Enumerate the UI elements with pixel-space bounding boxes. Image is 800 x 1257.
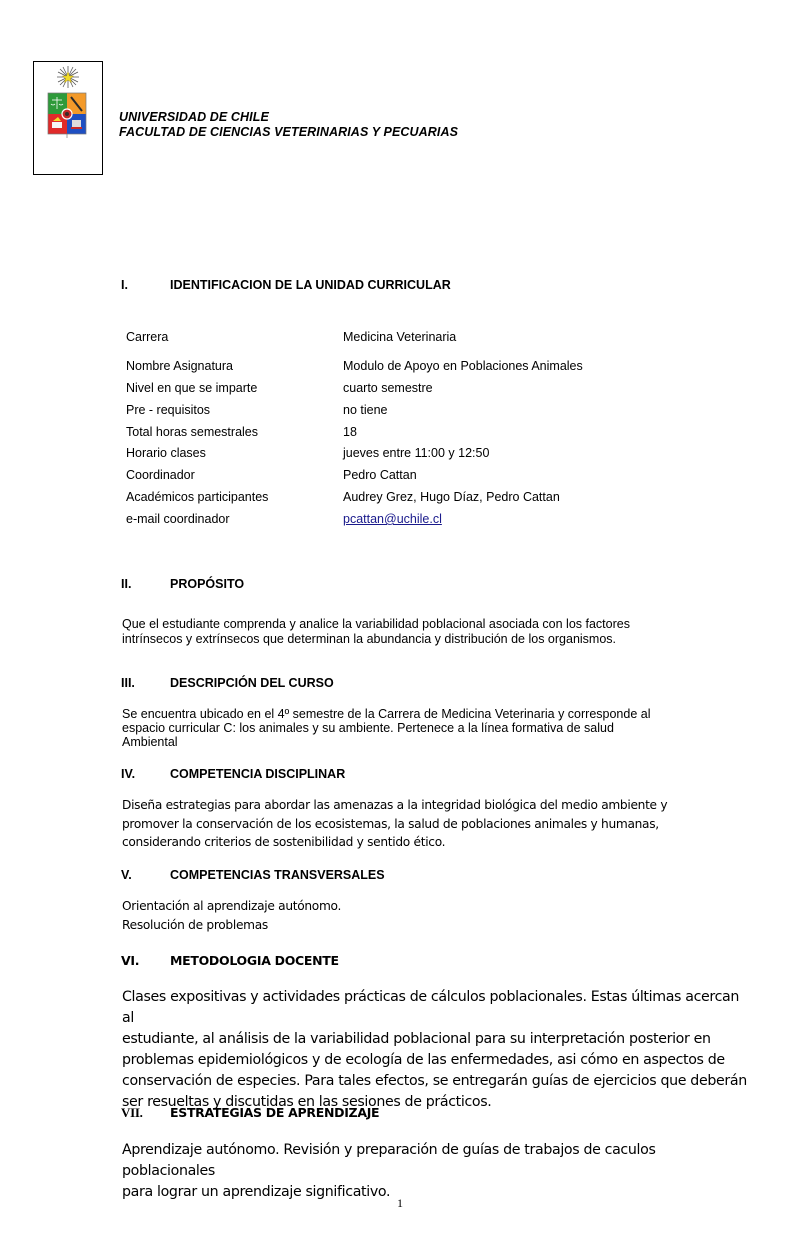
section-number: IV. <box>121 767 135 781</box>
text-line: Que el estudiante comprenda y analice la… <box>122 617 742 632</box>
section-title: COMPETENCIAS TRANSVERSALES <box>170 868 385 882</box>
section-number: I. <box>121 278 128 292</box>
section-title: COMPETENCIA DISCIPLINAR <box>170 767 345 781</box>
row-value: Medicina Veterinaria <box>343 330 456 344</box>
section-heading-descripcion: III. DESCRIPCIÓN DEL CURSO <box>0 676 800 692</box>
section-heading-identificacion: I. IDENTIFICACION DE LA UNIDAD CURRICULA… <box>0 278 800 294</box>
coat-of-arms-icon <box>34 62 104 176</box>
section-number: VII. <box>121 1105 143 1121</box>
section-number: II. <box>121 577 131 591</box>
row-label: Total horas semestrales <box>126 425 258 439</box>
row-value: 18 <box>343 425 357 439</box>
section-heading-metodologia: VI. METODOLOGIA DOCENTE <box>0 953 800 969</box>
text-line: considerando criterios de sostenibilidad… <box>122 833 742 852</box>
section-title: PROPÓSITO <box>170 577 244 591</box>
row-label: Carrera <box>126 330 168 344</box>
row-value: no tiene <box>343 403 387 417</box>
faculty-name: FACULTAD DE CIENCIAS VETERINARIAS Y PECU… <box>119 125 458 139</box>
section-number: VI. <box>121 953 139 968</box>
section-heading-competencia-disciplinar: IV. COMPETENCIA DISCIPLINAR <box>0 767 800 783</box>
row-label: Académicos participantes <box>126 490 268 504</box>
section-heading-estrategias: VII. ESTRATEGIAS DE APRENDIZAJE <box>0 1105 800 1121</box>
text-line: Diseña estrategias para abordar las amen… <box>122 796 742 815</box>
competencias-transversales-text: Orientación al aprendizaje autónomo. Res… <box>122 897 742 934</box>
text-line: Clases expositivas y actividades práctic… <box>122 987 752 1029</box>
row-value: Audrey Grez, Hugo Díaz, Pedro Cattan <box>343 490 560 504</box>
text-line: Orientación al aprendizaje autónomo. <box>122 897 742 916</box>
text-line: Ambiental <box>122 735 742 749</box>
section-heading-proposito: II. PROPÓSITO <box>0 577 800 593</box>
institution-name: UNIVERSIDAD DE CHILE <box>119 110 269 124</box>
text-line: Resolución de problemas <box>122 916 742 935</box>
row-label: Pre - requisitos <box>126 403 210 417</box>
section-title: IDENTIFICACION DE LA UNIDAD CURRICULAR <box>170 278 451 292</box>
row-value: cuarto semestre <box>343 381 433 395</box>
row-label: e-mail coordinador <box>126 512 230 526</box>
competencia-disciplinar-text: Diseña estrategias para abordar las amen… <box>122 796 742 852</box>
row-label: Horario clases <box>126 446 206 460</box>
estrategias-text: Aprendizaje autónomo. Revisión y prepara… <box>122 1140 752 1203</box>
section-title: DESCRIPCIÓN DEL CURSO <box>170 676 334 690</box>
text-line: Aprendizaje autónomo. Revisión y prepara… <box>122 1140 752 1182</box>
text-line: estudiante, al análisis de la variabilid… <box>122 1029 752 1050</box>
row-value: jueves entre 11:00 y 12:50 <box>343 446 489 460</box>
section-title: ESTRATEGIAS DE APRENDIZAJE <box>170 1105 379 1120</box>
metodologia-text: Clases expositivas y actividades práctic… <box>122 987 752 1113</box>
section-number: V. <box>121 868 132 882</box>
university-logo <box>33 61 103 175</box>
section-number: III. <box>121 676 135 690</box>
section-title: METODOLOGIA DOCENTE <box>170 953 339 968</box>
proposito-text: Que el estudiante comprenda y analice la… <box>122 617 742 646</box>
row-value: Modulo de Apoyo en Poblaciones Animales <box>343 359 583 373</box>
text-line: problemas epidemiológicos y de ecología … <box>122 1050 752 1071</box>
text-line: espacio curricular C: los animales y su … <box>122 721 742 735</box>
text-line: Se encuentra ubicado en el 4º semestre d… <box>122 707 742 721</box>
page-number: 1 <box>0 1196 800 1211</box>
text-line: conservación de especies. Para tales efe… <box>122 1071 752 1092</box>
row-label: Nivel en que se imparte <box>126 381 257 395</box>
section-heading-competencias-transversales: V. COMPETENCIAS TRANSVERSALES <box>0 868 800 884</box>
text-line: promover la conservación de los ecosiste… <box>122 815 742 834</box>
descripcion-text: Se encuentra ubicado en el 4º semestre d… <box>122 707 742 749</box>
row-label: Nombre Asignatura <box>126 359 233 373</box>
coordinator-email-link[interactable]: pcattan@uchile.cl <box>343 512 442 526</box>
row-value: Pedro Cattan <box>343 468 417 482</box>
row-label: Coordinador <box>126 468 195 482</box>
text-line: intrínsecos y extrínsecos que determinan… <box>122 632 742 647</box>
